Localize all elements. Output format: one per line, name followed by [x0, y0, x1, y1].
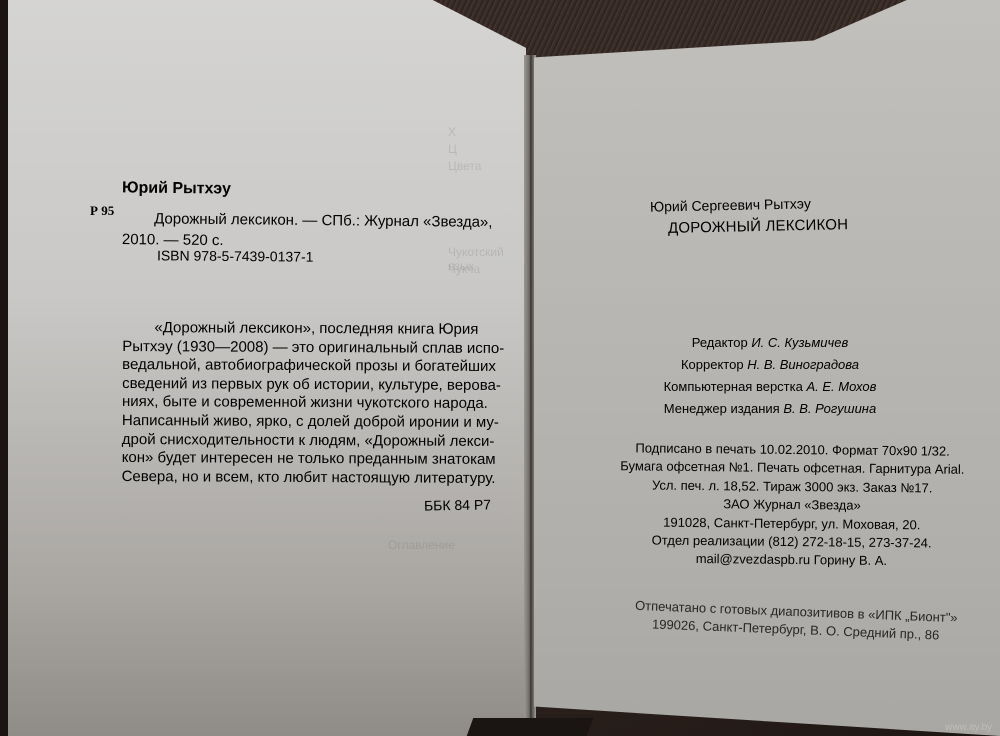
credits: Редактор И. С. Кузьмичев Корректор Н. В.…: [620, 332, 920, 420]
book-cover-edge: [0, 0, 8, 736]
watermark: www.ay.by: [945, 722, 992, 733]
bbk-code: ББК 84 Р7: [424, 496, 491, 513]
credit-row: Редактор И. С. Кузьмичев: [620, 332, 920, 354]
credit-row: Компьютерная верстка А. Е. Мохов: [620, 376, 920, 398]
isbn: ISBN 978-5-7439-0137-1: [157, 247, 314, 264]
annotation-line: сведений из первых рук об истории, культ…: [122, 375, 498, 396]
book-photo: Х Ц Цвета Чукотский язык Чукча Оглавлени…: [0, 0, 1000, 736]
credit-name: В. В. Рогушина: [783, 401, 876, 416]
annotation-line: кон» будет интересен не только преданным…: [122, 449, 498, 470]
credit-role: Компьютерная верстка: [664, 379, 807, 394]
credit-role: Менеджер издания: [664, 401, 784, 416]
annotation-line: Рытхэу (1930—2008) — это оригинальный сп…: [122, 338, 498, 359]
annotation: «Дорожный лексикон», последняя книга Юри…: [122, 319, 499, 488]
credit-role: Редактор: [692, 335, 752, 350]
credit-row: Корректор Н. В. Виноградова: [620, 354, 920, 376]
imprint: Подписано в печать 10.02.2010. Формат 70…: [591, 439, 992, 572]
credit-role: Корректор: [681, 357, 747, 372]
annotation-line: ведальной, автобиографической прозы и бо…: [122, 356, 498, 377]
annotation-line: «Дорожный лексикон», последняя книга Юри…: [122, 319, 498, 340]
annotation-line: дрой снисходительности к людям, «Дорожны…: [122, 431, 498, 452]
credit-name: И. С. Кузьмичев: [751, 335, 848, 350]
credit-name: А. Е. Мохов: [806, 379, 876, 394]
author-full-name: Юрий Сергеевич Рытхэу: [650, 195, 811, 214]
annotation-line: ниях, быте и современной жизни чукотског…: [122, 393, 498, 414]
book-spine: [467, 718, 594, 736]
classification-code: Р 95: [90, 203, 114, 219]
credit-row: Менеджер издания В. В. Рогушина: [620, 398, 920, 420]
annotation-line: Севера, но и всем, кто любит настоящую л…: [122, 468, 498, 489]
credit-name: Н. В. Виноградова: [747, 357, 859, 372]
annotation-line: Написанный живо, ярко, с долей доброй ир…: [122, 412, 498, 433]
author-name: Юрий Рытхэу: [122, 179, 231, 198]
